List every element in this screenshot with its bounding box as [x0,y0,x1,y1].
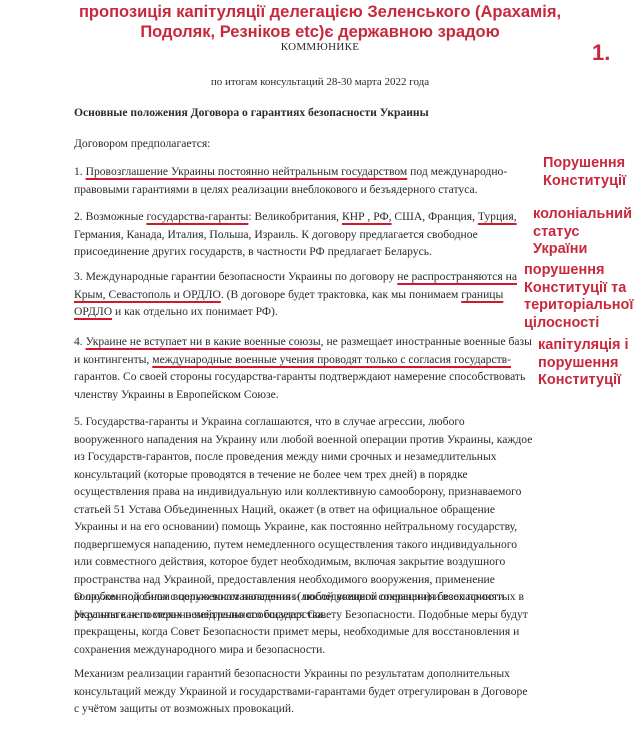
annotation-line: колоніальний [533,206,632,224]
p2-number: 2. Возможные [74,210,146,223]
p1-highlight: Провозглашение Украины постоянно нейтрал… [86,165,408,178]
p3-text-2: и как отдельно их понимает РФ). [112,305,278,318]
p3-text-0: 3. Международные гарантии безопасности У… [74,270,397,283]
p2-highlight-2: КНР , РФ, [342,210,392,223]
document-subheading: по итогам консультаций 28-30 марта 2022 … [0,76,640,88]
annotation-line: порушення [524,262,633,280]
p3-text-1: . (В договоре будет трактовка, как мы по… [221,288,461,301]
p2-text-1: : Великобритания, [248,210,342,223]
p1-number: 1. [74,165,86,178]
annotation-capitulation: капітуляція і порушення Конституції [538,337,629,390]
paragraph-5b: О любом подобном вооруженном нападении (… [74,588,534,658]
paragraph-6: Механизм реализации гарантий безопасност… [74,665,534,718]
annotation-line: Конституції [538,372,629,390]
annotation-constitution-violation: Порушення Конституції [543,155,626,190]
annotation-line: цілосності [524,315,633,333]
p4-highlight-2: международные военные учения проводят то… [152,353,511,366]
annotation-line: статус [533,224,632,242]
p2-text-3: Германия, Канада, Италия, Польша, Израил… [74,228,478,259]
paragraph-4: 4. Украине не вступает ни в какие военны… [74,333,534,403]
paragraph-1: 1. Провозглашение Украины постоянно нейт… [74,163,534,198]
paragraph-3: 3. Международные гарантии безопасности У… [74,268,534,321]
p2-highlight-3: Турция, [478,210,517,223]
annotation-colonial-status: колоніальний статус України [533,206,632,259]
annotation-line: України [533,241,632,259]
intro-text: Договором предполагается: [74,135,534,153]
p4-text-2: гарантов. Со своей стороны государства-г… [74,370,525,401]
document-heading: КОММЮНИКЕ [0,41,640,53]
p2-highlight-1: государства-гаранты [146,210,248,223]
annotation-territorial-integrity: порушення Конституції та територіальної … [524,262,633,332]
section-title: Основные положения Договора о гарантиях … [74,104,534,122]
annotation-line: порушення [538,355,629,373]
paragraph-2: 2. Возможные государства-гаранты: Велико… [74,208,534,261]
p4-number: 4. [74,335,86,348]
overlay-title-line-2: Подоляк, Резніков etc)є державною зрадою [0,22,640,42]
p4-highlight-1: Украине не вступает ни в какие военные с… [86,335,321,348]
annotation-line: Конституції [543,173,626,191]
annotation-line: капітуляція і [538,337,629,355]
annotation-line: Конституції та [524,280,633,298]
annotation-line: територіальної [524,297,633,315]
overlay-title: пропозиція капітуляції делегацією Зеленс… [0,2,640,42]
annotation-line: Порушення [543,155,626,173]
overlay-title-line-1: пропозиція капітуляції делегацією Зеленс… [0,2,640,22]
p2-text-2: США, Франция, [392,210,478,223]
